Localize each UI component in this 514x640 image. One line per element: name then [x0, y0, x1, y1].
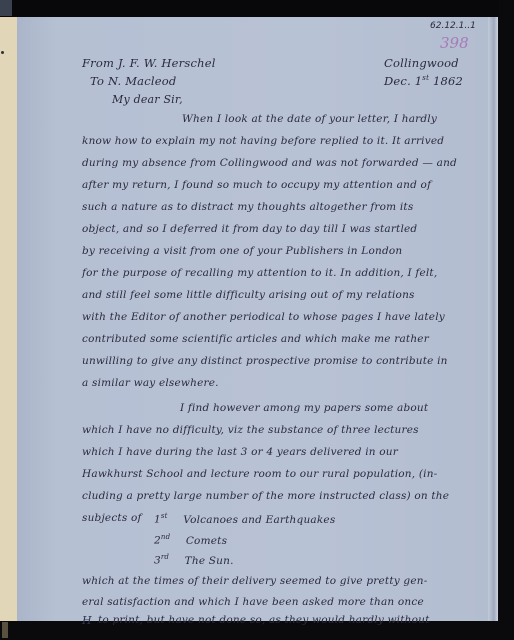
body-line: When I look at the date of your letter, …: [182, 113, 437, 125]
body-line: such a nature as to distract my thoughts…: [82, 201, 413, 213]
body-line: which at the times of their delivery see…: [82, 575, 427, 587]
body-line: which I have no difficulty, viz the subs…: [82, 424, 419, 436]
body-line: a similar way elsewhere.: [82, 377, 219, 389]
body-line: know how to explain my not having before…: [82, 135, 444, 147]
body-line: I find however among my papers some abou…: [180, 402, 428, 414]
body-line: Hawkhurst School and lecture room to our…: [82, 468, 437, 480]
binding-strip: [0, 17, 17, 621]
body-line: cluding a pretty large number of the mor…: [82, 490, 449, 502]
letter-from: From J. F. W. Herschel: [82, 56, 216, 70]
subject-item-2: 2nd Comets: [154, 533, 227, 547]
page-stack-edge: [488, 17, 498, 621]
subject-ordinal: nd: [161, 533, 170, 541]
body-line: during my absence from Collingwood and w…: [82, 157, 457, 169]
body-line: contributed some scientific articles and…: [82, 333, 429, 345]
subject-item-3: 3rd The Sun.: [154, 553, 234, 567]
subject-number: 2: [154, 535, 161, 547]
scan-corner-fragment-bottom: [2, 622, 8, 638]
date-day: Dec. 1: [384, 74, 422, 88]
scan-right-border: [499, 0, 514, 640]
body-line: after my return, I found so much to occu…: [82, 179, 431, 191]
subject-title: Comets: [186, 535, 227, 547]
body-line: with the Editor of another periodical to…: [82, 311, 445, 323]
body-line: which I have during the last 3 or 4 year…: [82, 446, 398, 458]
archive-reference-number: 62.12.1..1: [430, 21, 476, 31]
subject-ordinal: st: [161, 512, 168, 520]
body-line: for the purpose of recalling my attentio…: [82, 267, 437, 279]
body-line: and still feel some little difficulty ar…: [82, 289, 415, 301]
subject-item-1: 1st Volcanoes and Earthquakes: [154, 512, 335, 526]
body-line: object, and so I deferred it from day to…: [82, 223, 417, 235]
subject-number: 3: [154, 555, 161, 567]
subject-title: Volcanoes and Earthquakes: [183, 514, 335, 526]
folio-number: 398: [440, 34, 469, 52]
letter-to: To N. Macleod: [90, 74, 176, 88]
scan-corner-fragment: [0, 0, 12, 16]
body-line: unwilling to give any distinct prospecti…: [82, 355, 448, 367]
margin-annotation: H: [82, 614, 92, 627]
scan-top-border: [0, 0, 514, 17]
date-year: 1862: [433, 74, 463, 88]
body-line: subjects of: [82, 512, 142, 524]
body-line: eral satisfaction and which I have been …: [82, 596, 424, 608]
date-ordinal: st: [422, 74, 429, 82]
subject-title: The Sun.: [185, 555, 234, 567]
body-line: by receiving a visit from one of your Pu…: [82, 245, 402, 257]
subject-ordinal: rd: [161, 553, 169, 561]
body-line: to print, but have not done so, as they …: [98, 614, 430, 626]
letter-date: Dec. 1st 1862: [384, 74, 463, 88]
binding-mark: [1, 51, 4, 54]
salutation: My dear Sir,: [112, 93, 183, 106]
subject-number: 1: [154, 514, 161, 526]
letter-place: Collingwood: [384, 56, 459, 70]
